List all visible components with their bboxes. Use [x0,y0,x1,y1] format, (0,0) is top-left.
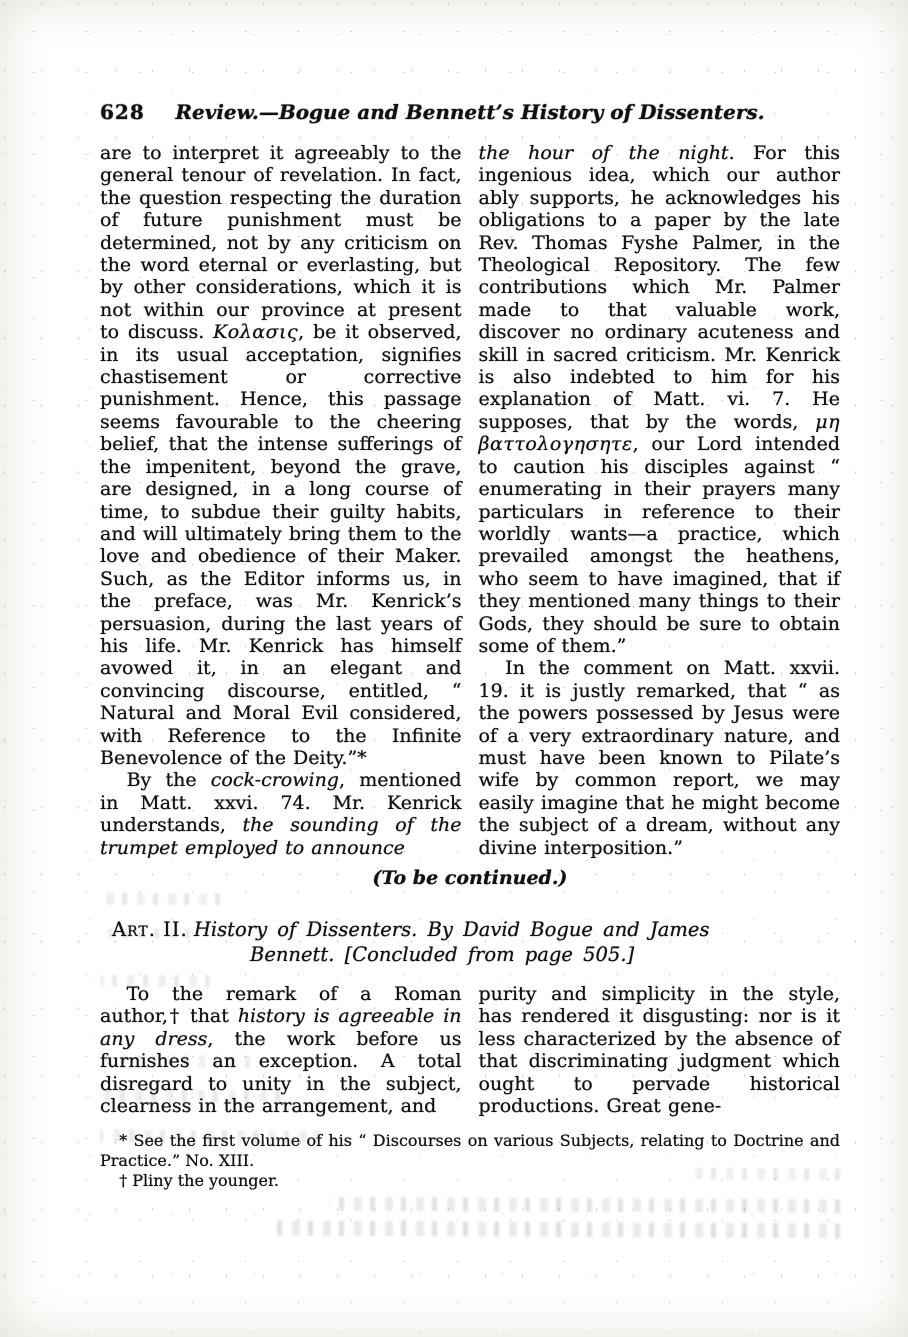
paragraph-text: , be it observed, in its usual acceptati… [100,321,462,769]
page-content: 628 Review.—Bogue and Bennett’s History … [0,0,908,1191]
article2-body: To the remark of a Roman author,† that h… [100,983,840,1117]
left-column-article2: To the remark of a Roman author,† that h… [100,983,462,1117]
bleed-through-smudge [270,1221,840,1239]
paragraph-text: , our Lord intended to caution his disci… [479,433,841,657]
article1-paragraph-3: the hour of the night. For this ingeniou… [479,142,841,657]
right-column: the hour of the night. For this ingeniou… [479,142,841,859]
scanned-page: 628 Review.—Bogue and Bennett’s History … [0,0,908,1337]
running-title: Review.—Bogue and Bennett’s History of D… [100,100,840,124]
article-number-label: Art. II. [112,918,188,941]
article1-paragraph-2: By the cock-crowing, mentioned in Matt. … [100,769,462,859]
article-title: History of Dissenters. By David Bogue an… [194,918,710,941]
paragraph-text: By the [127,769,211,791]
italic-phrase: the hour of the night. [479,142,735,164]
right-column-article2: purity and simplicity in the style, has … [479,983,841,1117]
article1-paragraph-1: are to interpret it agreeably to the gen… [100,142,462,769]
article2-paragraph-1: To the remark of a Roman author,† that h… [100,983,462,1117]
bleed-through-smudge [330,1197,840,1214]
footnotes: * See the first volume of his “ Discours… [100,1131,840,1191]
left-column: are to interpret it agreeably to the gen… [100,142,462,859]
to-be-continued: (To be continued.) [100,867,840,889]
greek-word-kolasis: Κολασις [213,321,298,343]
article-title-continued: Bennett. [Concluded from page 505.] [250,943,634,966]
article1-body: are to interpret it agreeably to the gen… [100,142,840,859]
heading-line-1: Art. II. History of Dissenters. By David… [100,917,840,942]
article2-paragraph-2: purity and simplicity in the style, has … [479,983,841,1117]
footnote-2: † Pliny the younger. [100,1171,840,1191]
page-number: 628 [100,100,145,124]
article1-paragraph-4: In the comment on Matt. xxvii. 19. it is… [479,657,841,859]
page-header: 628 Review.—Bogue and Bennett’s History … [100,100,840,130]
heading-line-2: Bennett. [Concluded from page 505.] [100,942,840,967]
paragraph-text: are to interpret it agreeably to the gen… [100,142,462,343]
italic-phrase: cock-crowing [211,769,339,791]
paragraph-text: For this ingenious idea, which our autho… [479,142,841,433]
footnote-1: * See the first volume of his “ Discours… [100,1131,840,1171]
article2-heading: Art. II. History of Dissenters. By David… [100,917,840,967]
